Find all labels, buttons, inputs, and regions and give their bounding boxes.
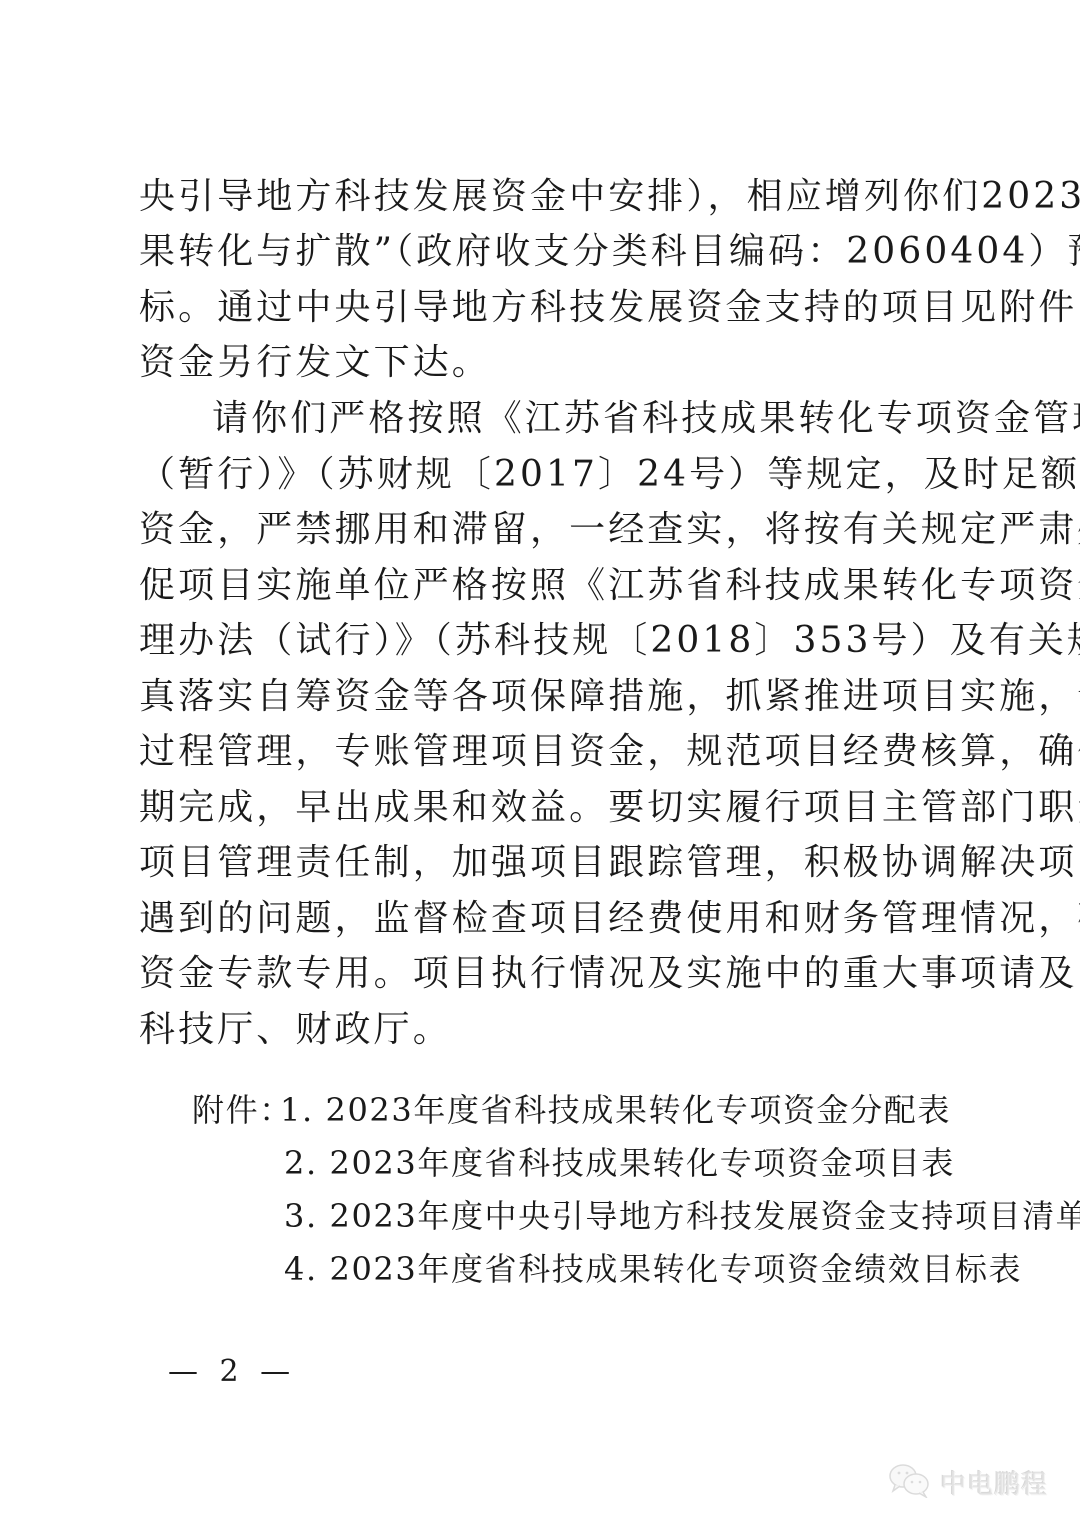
paragraph-2-line-5: 理办法（试行）》（苏科技规〔2018〕353号）及有关规定，认 — [139, 619, 939, 663]
paragraph-2-line-9: 项目管理责任制，加强项目跟踪管理，积极协调解决项目实施中 — [139, 841, 939, 885]
attachment-item-1: 1. 2023年度省科技成果转化专项资金分配表 — [280, 1090, 951, 1130]
paragraph-2-line-10: 遇到的问题，监督检查项目经费使用和财务管理情况，确保专项 — [139, 897, 939, 941]
watermark: 中电鹏程 — [888, 1462, 1048, 1502]
paragraph-2-line-6: 真落实自筹资金等各项保障措施，抓紧推进项目实施，切实加强 — [139, 675, 939, 719]
paragraph-1-line-2: 果转化与扩散”（政府收支分类科目编码：2060404）预算支出指 — [139, 230, 939, 274]
page-number: — 2 — — [168, 1354, 296, 1390]
paragraph-2-line-8: 期完成，早出成果和效益。要切实履行项目主管部门职责，落实 — [139, 786, 939, 830]
paragraph-2-line-1: 请你们严格按照《江苏省科技成果转化专项资金管理办法 — [212, 397, 939, 441]
document-page: 央引导地方科技发展资金中安排），相应增列你们2023年度“科技成 果转化与扩散”… — [0, 0, 1080, 1527]
paragraph-2-line-12: 科技厅、财政厅。 — [139, 1008, 939, 1052]
paragraph-2-line-2: （暂行）》（苏财规〔2017〕24号）等规定，及时足额拨付项目 — [139, 453, 939, 497]
attachments-label: 附件： — [192, 1090, 293, 1130]
paragraph-1-line-3: 标。通过中央引导地方科技发展资金支持的项目见附件3，对应 — [139, 286, 939, 330]
watermark-text: 中电鹏程 — [940, 1464, 1048, 1501]
attachment-item-2: 2. 2023年度省科技成果转化专项资金项目表 — [284, 1143, 955, 1183]
attachment-item-4: 4. 2023年度省科技成果转化专项资金绩效目标表 — [284, 1249, 1022, 1289]
paragraph-1-line-1: 央引导地方科技发展资金中安排），相应增列你们2023年度“科技成 — [139, 175, 939, 219]
attachment-item-3: 3. 2023年度中央引导地方科技发展资金支持项目清单 — [284, 1196, 1080, 1236]
paragraph-2-line-7: 过程管理，专账管理项目资金，规范项目经费核算，确保项目按 — [139, 730, 939, 774]
paragraph-1-line-4: 资金另行发文下达。 — [139, 341, 939, 385]
paragraph-2-line-11: 资金专款专用。项目执行情况及实施中的重大事项请及时报送省 — [139, 952, 939, 996]
paragraph-2-line-4: 促项目实施单位严格按照《江苏省科技成果转化专项资金项目管 — [139, 564, 939, 608]
wechat-icon — [888, 1462, 932, 1502]
paragraph-2-line-3: 资金，严禁挪用和滞留，一经查实，将按有关规定严肃处理；督 — [139, 508, 939, 552]
